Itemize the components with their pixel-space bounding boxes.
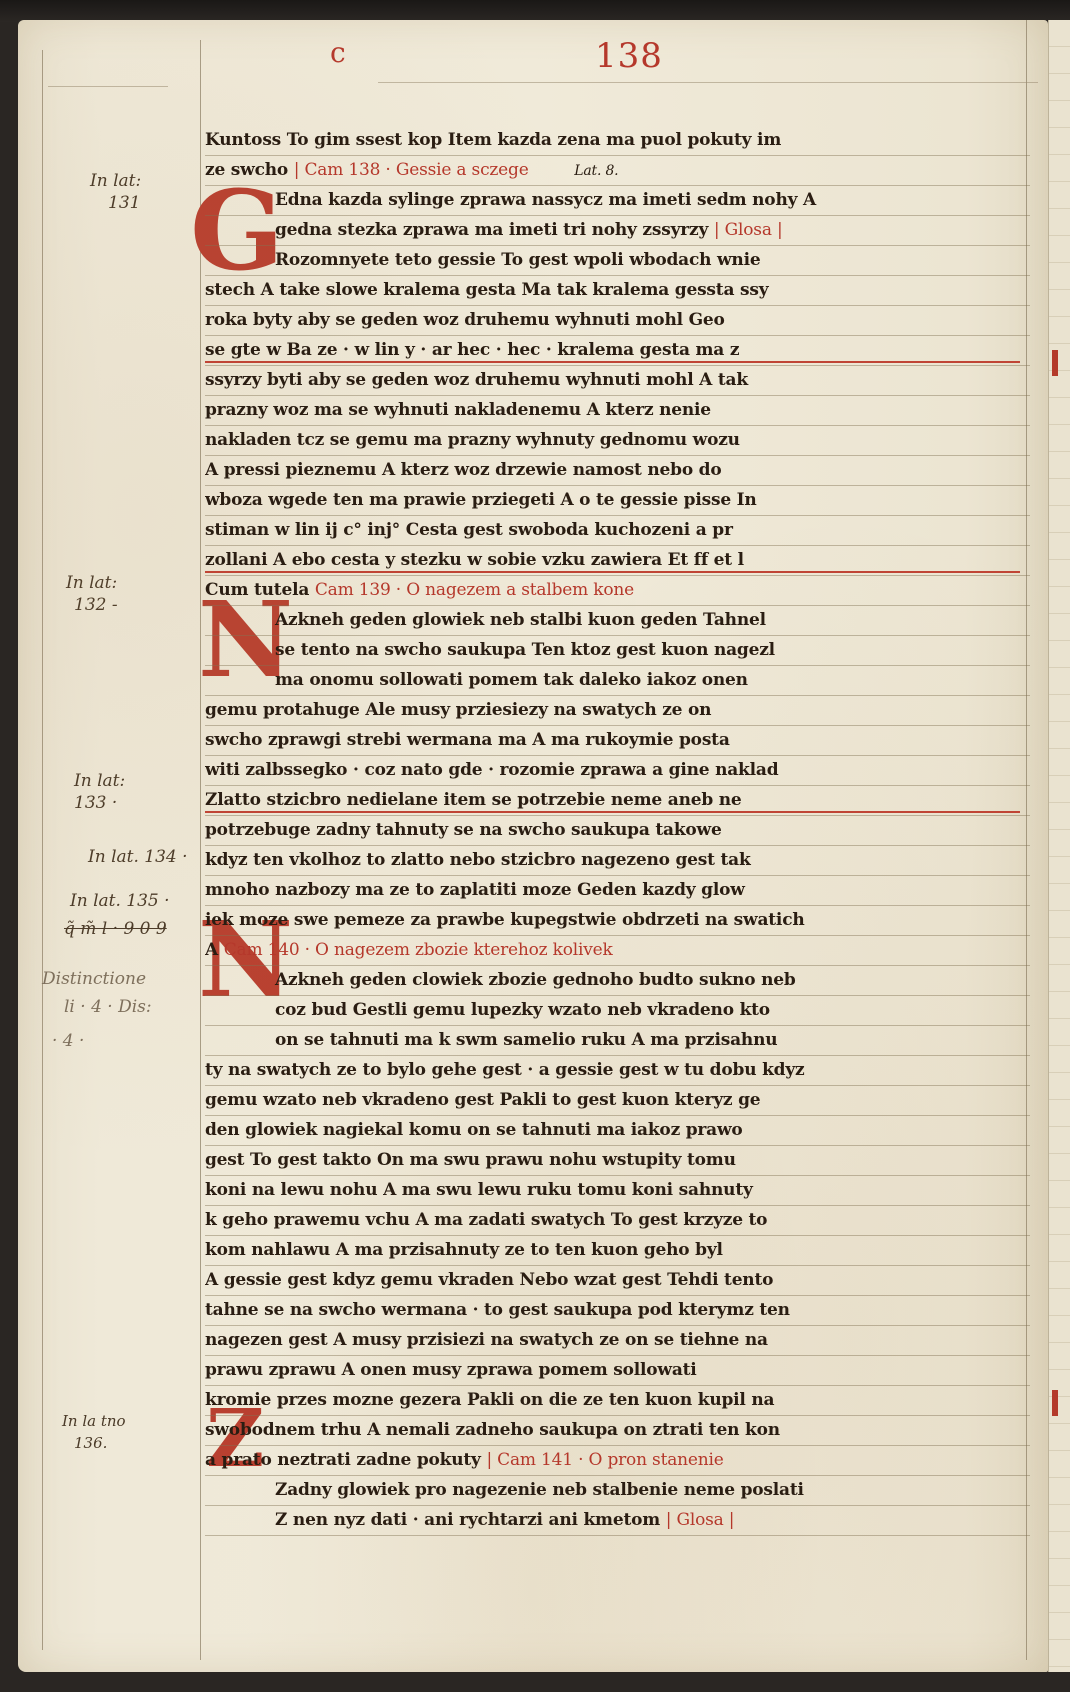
text-line: Cum tutela Cam 139 · O nagezem a stalbem…	[205, 576, 1030, 606]
text-line: potrzebuge zadny tahnuty se na swcho sau…	[205, 816, 1030, 846]
line-text: roka byty aby se geden woz druhemu wyhnu…	[205, 310, 725, 330]
text-line: ssyrzy byti aby se geden woz druhemu wyh…	[205, 366, 1030, 396]
line-text: Cum tutela	[205, 580, 309, 600]
line-text: nakladen tcz se gemu ma prazny wyhnuty g…	[205, 430, 740, 450]
text-line: witi zalbssegko · coz nato gde · rozomie…	[205, 756, 1030, 786]
line-text: se gte w Ba ze · w lin y · ar hec · hec …	[205, 340, 739, 360]
text-line: se gte w Ba ze · w lin y · ar hec · hec …	[205, 336, 1030, 366]
line-text: Rozomnyete teto gessie To gest wpoli wbo…	[275, 250, 760, 270]
text-line: mnoho nazbozy ma ze to zaplatiti moze Ge…	[205, 876, 1030, 906]
adjacent-leaf-edge	[1048, 20, 1070, 1672]
main-text-column: Kuntoss To gim ssest kop Item kazda zena…	[205, 126, 1030, 1536]
line-text: ssyrzy byti aby se geden woz druhemu wyh…	[205, 370, 748, 390]
ruling-top	[378, 82, 1038, 83]
line-rubric: Cam 140 · O nagezem zbozie kterehoz koli…	[224, 940, 613, 960]
line-text: stiman w lin ij c° inj° Cesta gest swobo…	[205, 520, 733, 540]
line-rubric: | Cam 141 · O pron stanenie	[486, 1450, 723, 1470]
line-text: Azkneh geden glowiek neb stalbi kuon ged…	[275, 610, 766, 630]
text-line: nagezen gest A musy przisiezi na swatych…	[205, 1326, 1030, 1356]
margin-note-distinctione: Distinctione li · 4 · Dis: · 4 ·	[42, 968, 152, 1052]
line-text: iek moze swe pemeze za prawbe kupegstwie…	[205, 910, 805, 930]
line-text: se tento na swcho saukupa Ten ktoz gest …	[275, 640, 775, 660]
margin-note-number: 131	[90, 192, 141, 214]
margin-note-number: 136.	[62, 1432, 126, 1454]
rubric-mark	[1052, 1390, 1058, 1416]
margin-note-label: · 4 ·	[42, 1030, 152, 1052]
margin-note-label: In lat. 135 ·	[70, 890, 170, 912]
text-line: gedna stezka zprawa ma imeti tri nohy zs…	[205, 216, 1030, 246]
line-text: Zlatto stzicbro nedielane item se potrze…	[205, 790, 742, 810]
text-line: Rozomnyete teto gessie To gest wpoli wbo…	[205, 246, 1030, 276]
margin-note-131: In lat: 131	[90, 170, 141, 214]
line-text: Edna kazda sylinge zprawa nassycz ma ime…	[275, 190, 816, 210]
line-text: ty na swatych ze to bylo gehe gest · a g…	[205, 1060, 804, 1080]
text-line: wboza wgede ten ma prawie prziegeti A o …	[205, 486, 1030, 516]
line-rubric: | Cam 138 · Gessie a sczege	[294, 160, 529, 180]
text-line: gemu protahuge Ale musy prziesiezy na sw…	[205, 696, 1030, 726]
text-line: Edna kazda sylinge zprawa nassycz ma ime…	[205, 186, 1030, 216]
line-text: witi zalbssegko · coz nato gde · rozomie…	[205, 760, 778, 780]
text-line: swobodnem trhu A nemali zadneho saukupa …	[205, 1416, 1030, 1446]
line-text: gedna stezka zprawa ma imeti tri nohy zs…	[275, 220, 708, 240]
text-line: koni na lewu nohu A ma swu lewu ruku tom…	[205, 1176, 1030, 1206]
line-text: nagezen gest A musy przisiezi na swatych…	[205, 1330, 768, 1350]
text-line: den glowiek nagiekal komu on se tahnuti …	[205, 1116, 1030, 1146]
line-text: Zadny glowiek pro nagezenie neb stalbeni…	[275, 1480, 804, 1500]
line-text: kdyz ten vkolhoz to zlatto nebo stzicbro…	[205, 850, 751, 870]
folio-number: 138	[595, 36, 663, 76]
line-text: zollani A ebo cesta y stezku w sobie vzk…	[205, 550, 744, 570]
line-text: kromie przes mozne gezera Pakli on die z…	[205, 1390, 774, 1410]
line-text: A pressi pieznemu A kterz woz drzewie na…	[205, 460, 722, 480]
text-line: Azkneh geden clowiek zbozie gednoho budt…	[205, 966, 1030, 996]
margin-note-label: In la tno	[62, 1410, 126, 1432]
line-text: potrzebuge zadny tahnuty se na swcho sau…	[205, 820, 722, 840]
text-line: Kuntoss To gim ssest kop Item kazda zena…	[205, 126, 1030, 156]
margin-note-label: In lat:	[66, 572, 118, 594]
line-text: A gessie gest kdyz gemu vkraden Nebo wza…	[205, 1270, 773, 1290]
ruling-outer-left	[42, 50, 43, 1650]
rubric-mark	[1052, 350, 1058, 376]
text-line: A Cam 140 · O nagezem zbozie kterehoz ko…	[205, 936, 1030, 966]
text-line: roka byty aby se geden woz druhemu wyhnu…	[205, 306, 1030, 336]
scan-background	[0, 0, 1070, 22]
text-line: nakladen tcz se gemu ma prazny wyhnuty g…	[205, 426, 1030, 456]
text-line: prawu zprawu A onen musy zprawa pomem so…	[205, 1356, 1030, 1386]
margin-note-136: In la tno 136.	[62, 1410, 126, 1454]
text-line: stiman w lin ij c° inj° Cesta gest swobo…	[205, 516, 1030, 546]
margin-note-133: In lat: 133 ·	[74, 770, 125, 814]
line-text: A	[205, 940, 218, 960]
text-line: A gessie gest kdyz gemu vkraden Nebo wza…	[205, 1266, 1030, 1296]
line-text: prawu zprawu A onen musy zprawa pomem so…	[205, 1360, 697, 1380]
text-line: kromie przes mozne gezera Pakli on die z…	[205, 1386, 1030, 1416]
line-text: den glowiek nagiekal komu on se tahnuti …	[205, 1120, 743, 1140]
line-text: coz bud Gestli gemu lupezky wzato neb vk…	[275, 1000, 770, 1020]
line-rubric: | Glosa |	[666, 1510, 735, 1530]
line-text: gest To gest takto On ma swu prawu nohu …	[205, 1150, 736, 1170]
text-line: kom nahlawu A ma przisahnuty ze to ten k…	[205, 1236, 1030, 1266]
line-text: mnoho nazbozy ma ze to zaplatiti moze Ge…	[205, 880, 745, 900]
margin-note-label: In lat:	[74, 770, 125, 792]
text-line: stech A take slowe kralema gesta Ma tak …	[205, 276, 1030, 306]
line-text: k geho prawemu vchu A ma zadati swatych …	[205, 1210, 767, 1230]
quire-signature: c	[330, 36, 346, 69]
text-line: gemu wzato neb vkradeno gest Pakli to ge…	[205, 1086, 1030, 1116]
line-text: stech A take slowe kralema gesta Ma tak …	[205, 280, 768, 300]
text-line: kdyz ten vkolhoz to zlatto nebo stzicbro…	[205, 846, 1030, 876]
margin-note-132: In lat: 132 -	[66, 572, 118, 616]
margin-note-label: Distinctione	[42, 968, 152, 990]
ruling-top-left	[48, 86, 168, 87]
margin-note-number: 132 -	[66, 594, 118, 616]
line-text: ma onomu sollowati pomem tak daleko iako…	[275, 670, 748, 690]
line-text: wboza wgede ten ma prawie prziegeti A o …	[205, 490, 757, 510]
line-text: tahne se na swcho wermana · to gest sauk…	[205, 1300, 790, 1320]
text-line: swcho zprawgi strebi wermana ma A ma ruk…	[205, 726, 1030, 756]
line-text: swobodnem trhu A nemali zadneho saukupa …	[205, 1420, 780, 1440]
margin-note-135: In lat. 135 ·	[70, 890, 170, 912]
text-line: prazny woz ma se wyhnuti nakladenemu A k…	[205, 396, 1030, 426]
line-text: Kuntoss To gim ssest kop Item kazda zena…	[205, 130, 781, 150]
line-text: on se tahnuti ma k swm samelio ruku A ma…	[275, 1030, 777, 1050]
margin-note-number: 133 ·	[74, 792, 125, 814]
line-rubric: Cam 139 · O nagezem a stalbem kone	[315, 580, 634, 600]
text-line: iek moze swe pemeze za prawbe kupegstwie…	[205, 906, 1030, 936]
margin-note-label: In lat. 134 ·	[88, 846, 188, 868]
line-text: prazny woz ma se wyhnuti nakladenemu A k…	[205, 400, 711, 420]
line-rubric: | Glosa |	[714, 220, 783, 240]
line-text: gemu protahuge Ale musy prziesiezy na sw…	[205, 700, 711, 720]
line-text: swcho zprawgi strebi wermana ma A ma ruk…	[205, 730, 730, 750]
text-line: se tento na swcho saukupa Ten ktoz gest …	[205, 636, 1030, 666]
line-text: Azkneh geden clowiek zbozie gednoho budt…	[275, 970, 796, 990]
text-line: on se tahnuti ma k swm samelio ruku A ma…	[205, 1026, 1030, 1056]
text-line: ty na swatych ze to bylo gehe gest · a g…	[205, 1056, 1030, 1086]
line-text: ze swcho	[205, 160, 288, 180]
text-line: Azkneh geden glowiek neb stalbi kuon ged…	[205, 606, 1030, 636]
margin-note-134: In lat. 134 ·	[88, 846, 188, 868]
text-line: A pressi pieznemu A kterz woz drzewie na…	[205, 456, 1030, 486]
line-text: kom nahlawu A ma przisahnuty ze to ten k…	[205, 1240, 723, 1260]
text-line: ze swcho | Cam 138 · Gessie a sczege Lat…	[205, 156, 1030, 186]
text-line: a prato neztrati zadne pokuty | Cam 141 …	[205, 1446, 1030, 1476]
margin-note-label: q̃ m̃ l · 9 0 9	[64, 918, 167, 940]
line-note: Lat. 8.	[574, 163, 618, 179]
line-text: koni na lewu nohu A ma swu lewu ruku tom…	[205, 1180, 753, 1200]
text-line: Zadny glowiek pro nagezenie neb stalbeni…	[205, 1476, 1030, 1506]
margin-note-label: li · 4 · Dis:	[42, 996, 152, 1018]
text-line: ma onomu sollowati pomem tak daleko iako…	[205, 666, 1030, 696]
line-text: a prato neztrati zadne pokuty	[205, 1450, 481, 1470]
text-line: gest To gest takto On ma swu prawu nohu …	[205, 1146, 1030, 1176]
margin-note-struck: q̃ m̃ l · 9 0 9	[64, 918, 167, 940]
text-line: zollani A ebo cesta y stezku w sobie vzk…	[205, 546, 1030, 576]
line-text: gemu wzato neb vkradeno gest Pakli to ge…	[205, 1090, 760, 1110]
text-line: Zlatto stzicbro nedielane item se potrze…	[205, 786, 1030, 816]
text-line: tahne se na swcho wermana · to gest sauk…	[205, 1296, 1030, 1326]
line-text: Z nen nyz dati · ani rychtarzi ani kmeto…	[275, 1510, 660, 1530]
margin-note-label: In lat:	[90, 170, 141, 192]
text-line: Z nen nyz dati · ani rychtarzi ani kmeto…	[205, 1506, 1030, 1536]
text-line: k geho prawemu vchu A ma zadati swatych …	[205, 1206, 1030, 1236]
text-line: coz bud Gestli gemu lupezky wzato neb vk…	[205, 996, 1030, 1026]
